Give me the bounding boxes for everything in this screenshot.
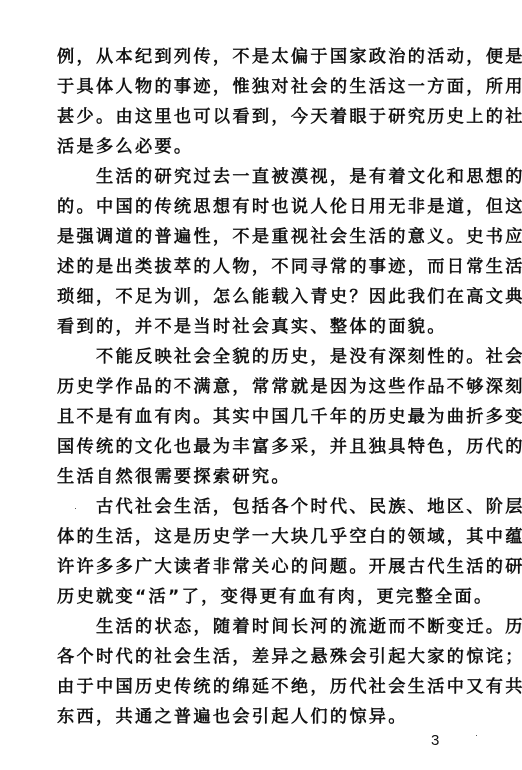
text-line: 由于中国历史传统的绵延不绝，历代社会生活中又有共通的 [57, 672, 469, 702]
text-line: 活是多么必要。 [57, 132, 469, 162]
text-line: 琐细，不足为训，怎么能载入青史？因此我们在高文典册中 [57, 282, 469, 312]
text-line: 述的是出类拔萃的人物，不同寻常的事迹，而日常生活平淡 [57, 252, 469, 282]
text-line: 例，从本纪到列传，不是太偏于国家政治的活动，便是局限 [57, 42, 469, 72]
text-line: 甚少。由这里也可以看到，今天着眼于研究历史上的社会生 [57, 102, 469, 132]
text-line: 体的生活，这是历史学一大块几乎空白的领域，其中蕴含着 [57, 522, 469, 552]
text-line: 国传统的文化也最为丰富多采，并且独具特色，历代的社会 [57, 432, 469, 462]
text-line: 的。中国的传统思想有时也说人伦日用无非是道，但这不过 [57, 192, 469, 222]
book-page: 例，从本纪到列传，不是太偏于国家政治的活动，便是局限 于具体人物的事迹，惟独对社… [0, 0, 522, 770]
text-line: 生活自然很需要探索研究。 [57, 462, 469, 492]
text-line: 许许多多广大读者非常关心的问题。开展古代生活的研究， [57, 552, 469, 582]
page-number: 3 [431, 732, 439, 749]
text-line: 历史学作品的不满意，常常就是因为这些作品不够深刻，而 [57, 372, 469, 402]
text-line: 看到的，并不是当时社会真实、整体的面貌。 [57, 312, 469, 342]
text-line: 且不是有血有肉。其实中国几千年的历史最为曲折多变，中 [57, 402, 469, 432]
text-line: 各个时代的社会生活，差异之悬殊会引起大家的惊诧；同时 [57, 642, 469, 672]
paragraph-start-line: 不能反映社会全貌的历史，是没有深刻性的。社会上对 [57, 342, 469, 372]
paragraph-start-line: 生活的状态，随着时间长河的流逝而不断变迁。历史上 [57, 612, 469, 642]
paragraph-start-line: 生活的研究过去一直被漠视，是有着文化和思想的原因 [57, 162, 469, 192]
paragraph-start-line: 古代社会生活，包括各个时代、民族、地区、阶层和群 [57, 492, 469, 522]
text-line: 于具体人物的事迹，惟独对社会的生活这一方面，所用笔墨 [57, 72, 469, 102]
scan-speck [75, 508, 76, 509]
scan-speck [476, 735, 477, 736]
text-line: 是强调道的普遍性，不是重视社会生活的意义。史书应当论 [57, 222, 469, 252]
body-text: 例，从本纪到列传，不是太偏于国家政治的活动，便是局限 于具体人物的事迹，惟独对社… [57, 42, 469, 732]
text-line: 历史就变“活”了，变得更有血有肉，更完整全面。 [57, 582, 469, 612]
text-line: 东西，共通之普遍也会引起人们的惊异。 [57, 702, 469, 732]
scan-speck [312, 226, 313, 227]
